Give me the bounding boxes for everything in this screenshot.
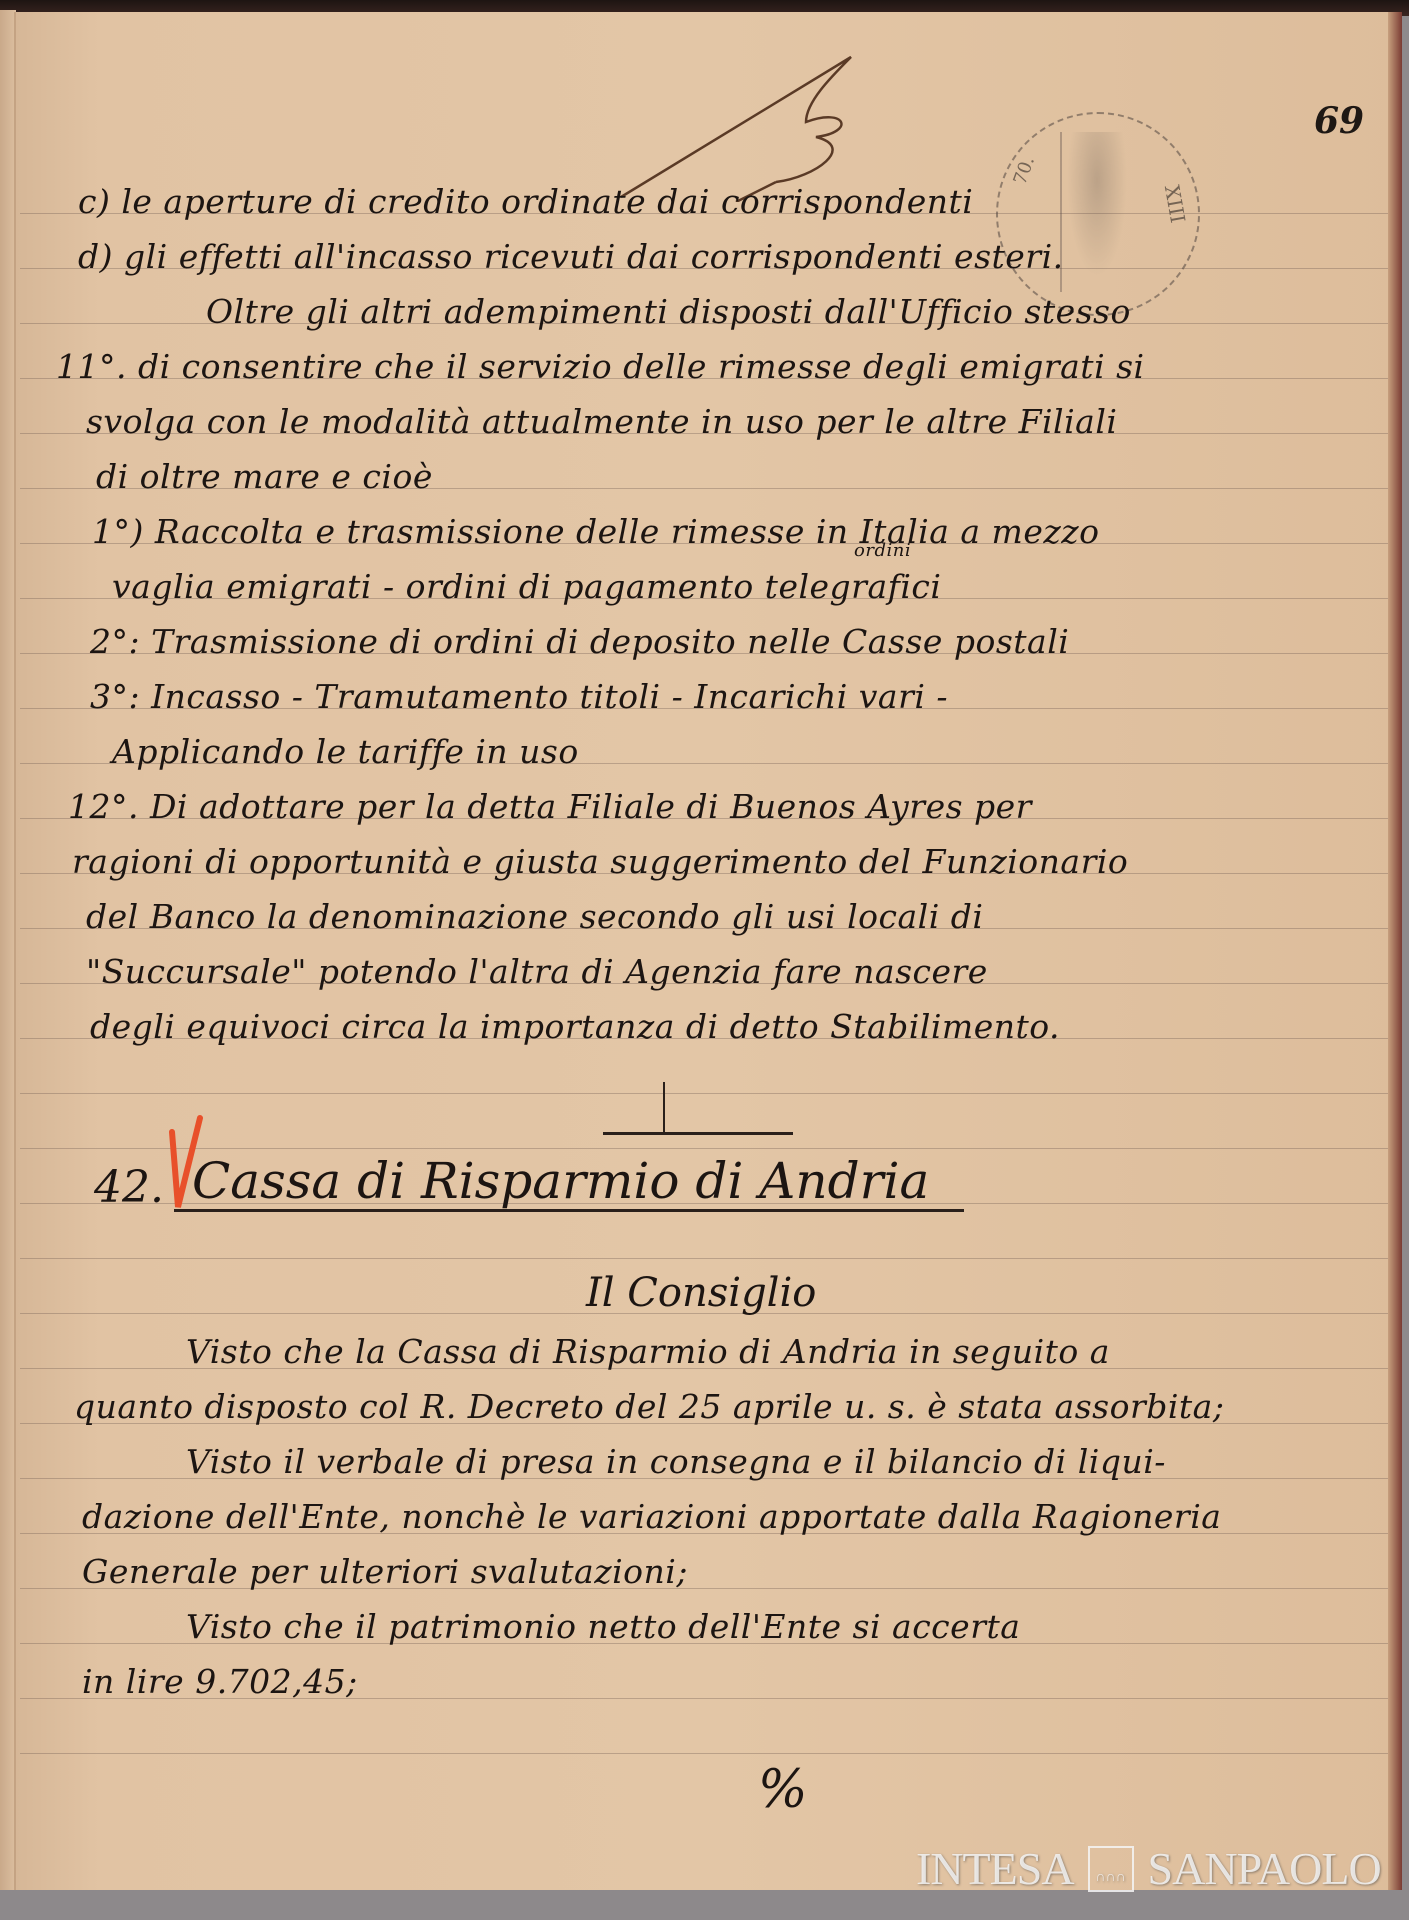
text-line: Oltre gli altri adempimenti disposti dal… [206,292,1131,331]
end-of-entry-mark: % [758,1760,807,1820]
section-number: 42. [94,1162,164,1213]
bank-logo-icon: ∩∩∩ [1088,1846,1134,1892]
watermark-text-left: INTESA [916,1842,1074,1895]
ruled-line [20,1148,1388,1149]
text-line: dazione dell'Ente, nonchè le variazioni … [82,1497,1221,1536]
text-line: svolga con le modalità attualmente in us… [86,402,1117,441]
stamp-text-right: XIII [1160,183,1190,225]
section-divider [603,1132,793,1135]
stamp-figure-icon [1060,132,1132,292]
page-edge [1388,12,1402,1890]
text-line: 3°: Incasso - Tramutamento titoli - Inca… [90,677,948,716]
watermark: INTESA ∩∩∩ SANPAOLO [916,1842,1381,1895]
text-line: 11°. di consentire che il servizio delle… [56,347,1145,386]
ruled-line [20,1258,1388,1259]
text-line: Visto che il patrimonio netto dell'Ente … [186,1607,1020,1646]
section-title: Cassa di Risparmio di Andria [192,1152,929,1210]
page-number: 69 [1314,100,1364,142]
initial-signature-mark [616,52,876,202]
text-line: 12°. Di adottare per la detta Filiale di… [68,787,1032,826]
text-line: c) le aperture di credito ordinate dai c… [78,182,973,221]
section-title-underline [174,1209,964,1212]
council-heading: Il Consiglio [586,1270,816,1316]
text-line: quanto disposto col R. Decreto del 25 ap… [74,1387,1224,1426]
text-line: 2°: Trasmissione di ordini di deposito n… [90,622,1069,661]
text-line: Generale per ulteriori svalutazioni; [82,1552,688,1591]
text-line: "Succursale" potendo l'altra di Agenzia … [86,952,988,991]
ledger-page: 69 70. XIII c) le aperture di credito or… [14,12,1402,1890]
text-line: in lire 9.702,45; [82,1662,358,1701]
text-line: Applicando le tariffe in uso [112,732,579,771]
text-line: Visto il verbale di presa in consegna e … [186,1442,1166,1481]
text-line: vaglia emigrati - ordini di pagamento te… [112,567,941,606]
revenue-stamp: 70. XIII [996,112,1200,316]
ruled-line [20,1093,1388,1094]
text-line: d) gli effetti all'incasso ricevuti dai … [78,237,1064,276]
stamp-text-left: 70. [1010,153,1040,187]
text-line: Visto che la Cassa di Risparmio di Andri… [186,1332,1110,1371]
ruled-line [20,1753,1388,1754]
interlinear-insert: ordini [854,540,911,561]
watermark-text-right: SANPAOLO [1148,1842,1381,1895]
divider-stem [663,1082,665,1132]
text-line: di oltre mare e cioè [96,457,433,496]
text-line: ragioni di opportunità e giusta suggerim… [72,842,1128,881]
text-line: 1°) Raccolta e trasmissione delle rimess… [92,512,1100,551]
text-line: del Banco la denominazione secondo gli u… [86,897,983,936]
text-line: degli equivoci circa la importanza di de… [90,1007,1060,1046]
